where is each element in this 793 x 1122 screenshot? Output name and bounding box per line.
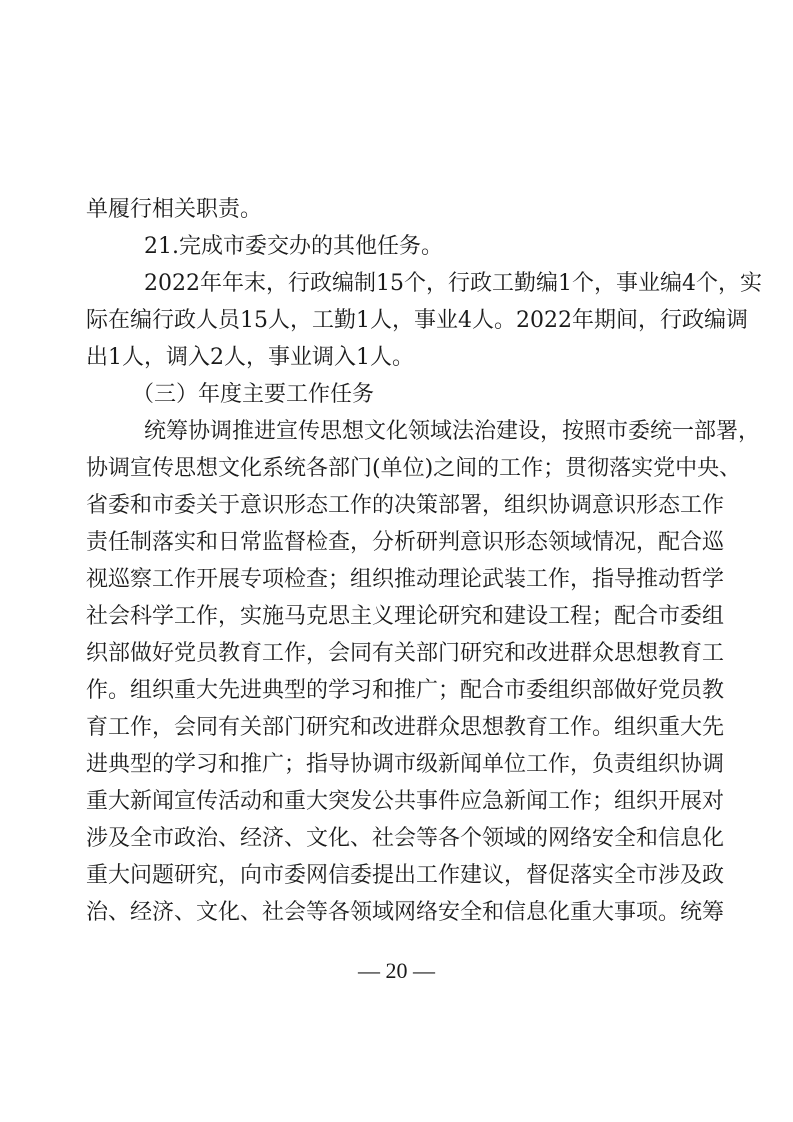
text-line: 织部做好党员教育工作，会同有关部门研究和改进群众思想教育工 xyxy=(86,639,716,669)
text-line: 重大问题研究，向市委网信委提出工作建议，督促落实全市涉及政 xyxy=(86,861,716,891)
text-line: 作。组织重大先进典型的学习和推广；配合市委组织部做好党员教 xyxy=(86,676,716,706)
text-line: 视巡察工作开展专项检查；组织推动理论武装工作，指导推动哲学 xyxy=(86,565,716,595)
document-page: 单履行相关职责。 21.完成市委交办的其他任务。 2022年年末，行政编制15个… xyxy=(0,0,793,1122)
text-line: 治、经济、文化、社会等各领域网络安全和信息化重大事项。统筹 xyxy=(86,898,716,928)
text-line: 育工作，会同有关部门研究和改进群众思想教育工作。组织重大先 xyxy=(86,713,716,743)
section-heading: （三）年度主要工作任务 xyxy=(132,380,704,410)
text-line: 际在编行政人员15人，工勤1人，事业4人。2022年期间，行政编调 xyxy=(86,306,716,336)
list-item-21: 21.完成市委交办的其他任务。 xyxy=(144,232,716,262)
text-line: 单履行相关职责。 xyxy=(86,195,716,225)
text-line: 出1人，调入2人，事业调入1人。 xyxy=(86,343,716,373)
page-number: — 20 — xyxy=(0,958,793,984)
text-line: 协调宣传思想文化系统各部门(单位)之间的工作；贯彻落实党中央、 xyxy=(86,454,716,484)
text-line: 责任制落实和日常监督检查，分析研判意识形态领域情况，配合巡 xyxy=(86,528,716,558)
text-line: 2022年年末，行政编制15个，行政工勤编1个，事业编4个，实 xyxy=(144,269,716,299)
text-line: 省委和市委关于意识形态工作的决策部署，组织协调意识形态工作 xyxy=(86,491,716,521)
text-line: 社会科学工作，实施马克思主义理论研究和建设工程；配合市委组 xyxy=(86,602,716,632)
text-line: 统筹协调推进宣传思想文化领域法治建设，按照市委统一部署， xyxy=(144,417,716,447)
text-line: 涉及全市政治、经济、文化、社会等各个领域的网络安全和信息化 xyxy=(86,824,716,854)
text-line: 重大新闻宣传活动和重大突发公共事件应急新闻工作；组织开展对 xyxy=(86,787,716,817)
text-line: 进典型的学习和推广；指导协调市级新闻单位工作，负责组织协调 xyxy=(86,750,716,780)
